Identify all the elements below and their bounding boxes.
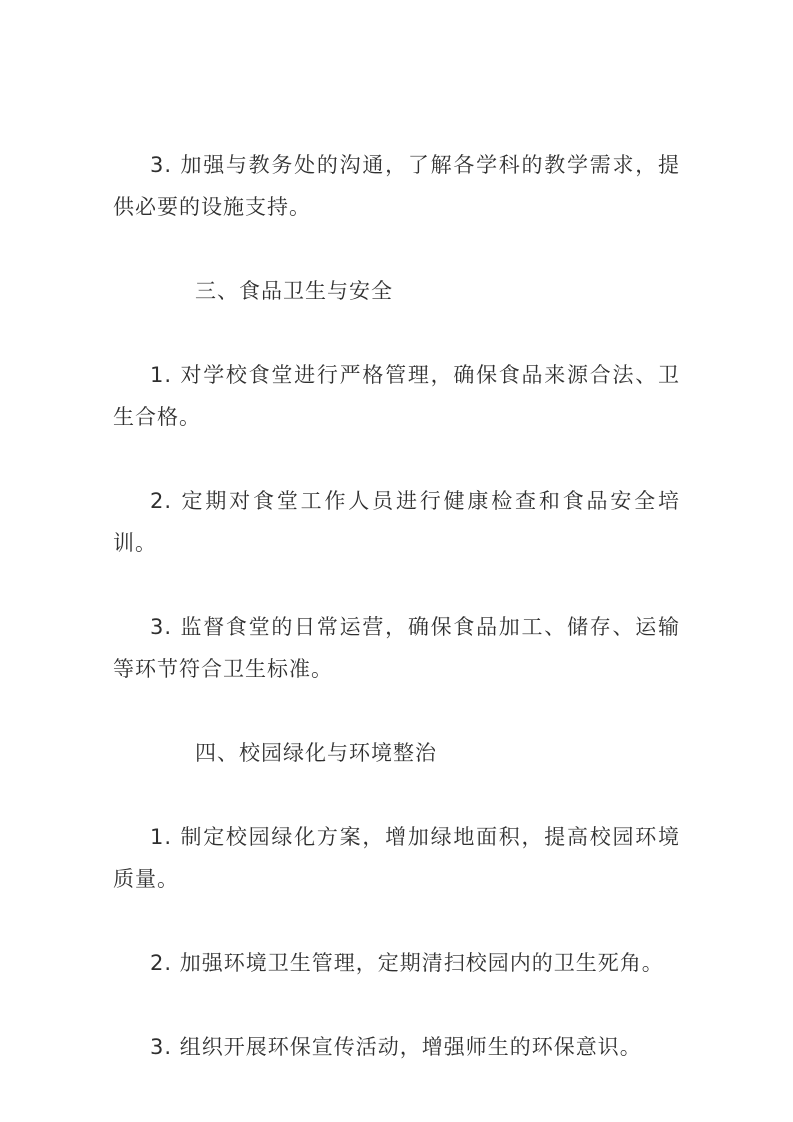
paragraph: 3. 加强与教务处的沟通，了解各学科的教学需求，提供必要的设施支持。 [113, 144, 680, 228]
paragraph: 3. 组织开展环保宣传活动，增强师生的环保意识。 [113, 1026, 680, 1068]
paragraph: 2. 加强环境卫生管理，定期清扫校园内的卫生死角。 [113, 942, 680, 984]
section-heading: 四、校园绿化与环境整治 [113, 732, 680, 774]
paragraph: 1. 制定校园绿化方案，增加绿地面积，提高校园环境质量。 [113, 816, 680, 900]
paragraph: 3. 监督食堂的日常运营，确保食品加工、储存、运输等环节符合卫生标准。 [113, 606, 680, 690]
paragraph: 1. 对学校食堂进行严格管理，确保食品来源合法、卫生合格。 [113, 354, 680, 438]
document-page: 3. 加强与教务处的沟通，了解各学科的教学需求，提供必要的设施支持。 三、食品卫… [0, 0, 793, 1122]
section-heading: 三、食品卫生与安全 [113, 270, 680, 312]
paragraph: 2. 定期对食堂工作人员进行健康检查和食品安全培训。 [113, 480, 680, 564]
